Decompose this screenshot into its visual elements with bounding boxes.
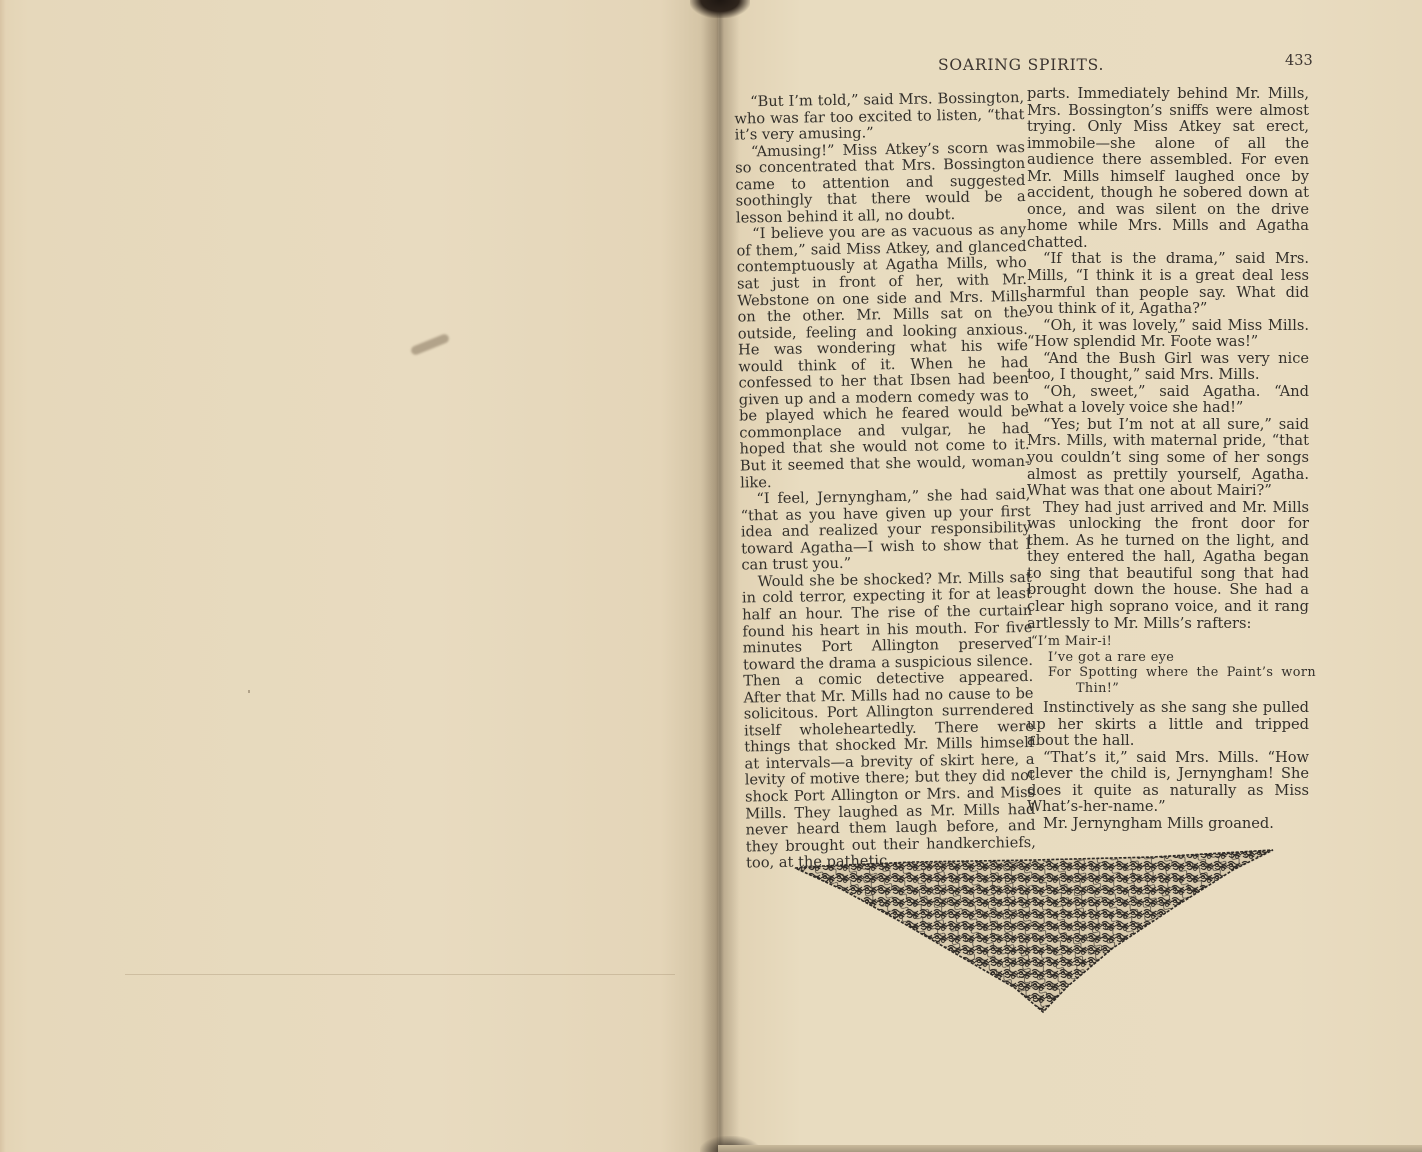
paragraph-continued: parts. Immediately behind Mr. Mills, Mrs… [1027, 86, 1309, 251]
page-number: 433 [1285, 53, 1313, 69]
verse-line: Thin!” [1027, 681, 1309, 697]
paragraph: “I feel, Jernyngham,” she had said, “tha… [740, 487, 1031, 574]
paper-smudge [410, 333, 450, 356]
paragraph: Instinctively as she sang she pulled up … [1027, 700, 1309, 750]
paragraph: “And the Bush Girl was very nice too, I … [1027, 351, 1309, 384]
leaf-tailpiece-ornament-icon [793, 848, 1275, 1014]
binding-top [690, 0, 750, 18]
song-verse: “I’m Mair-i! I’ve got a rare eye For Spo… [1027, 634, 1309, 696]
paragraph: “Amusing!” Miss Atkey’s scorn was so con… [735, 140, 1026, 227]
verse-line: For Spotting where the Paint’s worn [1027, 665, 1316, 681]
show-through-rule [125, 974, 675, 975]
paragraph: “If that is the drama,” said Mrs. Mills,… [1027, 251, 1309, 317]
verse-line: “I’m Mair-i! [1027, 634, 1309, 650]
paragraph: They had just arrived and Mr. Mills was … [1027, 500, 1309, 632]
open-book-spread: SOARING SPIRITS. 433 “But I’m told,” sai… [0, 0, 1422, 1152]
paragraph: “Oh, sweet,” said Agatha. “And what a lo… [1027, 384, 1309, 417]
paragraph: “But I’m told,” said Mrs. Bossington, wh… [734, 90, 1025, 144]
paragraph: Would she be shocked? Mr. Mills sat in c… [742, 570, 1037, 872]
paragraph: “Yes; but I’m not at all sure,” said Mrs… [1027, 417, 1309, 500]
left-page-blank [0, 0, 718, 1152]
paragraph: “I believe you are as vacuous as any of … [736, 222, 1030, 491]
text-column-right: parts. Immediately behind Mr. Mills, Mrs… [1027, 86, 1309, 832]
verse-line: I’ve got a rare eye [1027, 650, 1309, 666]
paragraph: “That’s it,” said Mrs. Mills. “How cleve… [1027, 750, 1309, 816]
page-bottom-edge [718, 1145, 1422, 1152]
running-head: SOARING SPIRITS. [938, 56, 1104, 74]
text-column-left: “But I’m told,” said Mrs. Bossington, wh… [734, 90, 1036, 872]
left-page-edge [0, 0, 6, 1152]
paragraph: Mr. Jernyngham Mills groaned. [1027, 816, 1309, 833]
paper-speck [248, 690, 250, 693]
paragraph: “Oh, it was lovely,” said Miss Mills. “H… [1027, 318, 1309, 351]
